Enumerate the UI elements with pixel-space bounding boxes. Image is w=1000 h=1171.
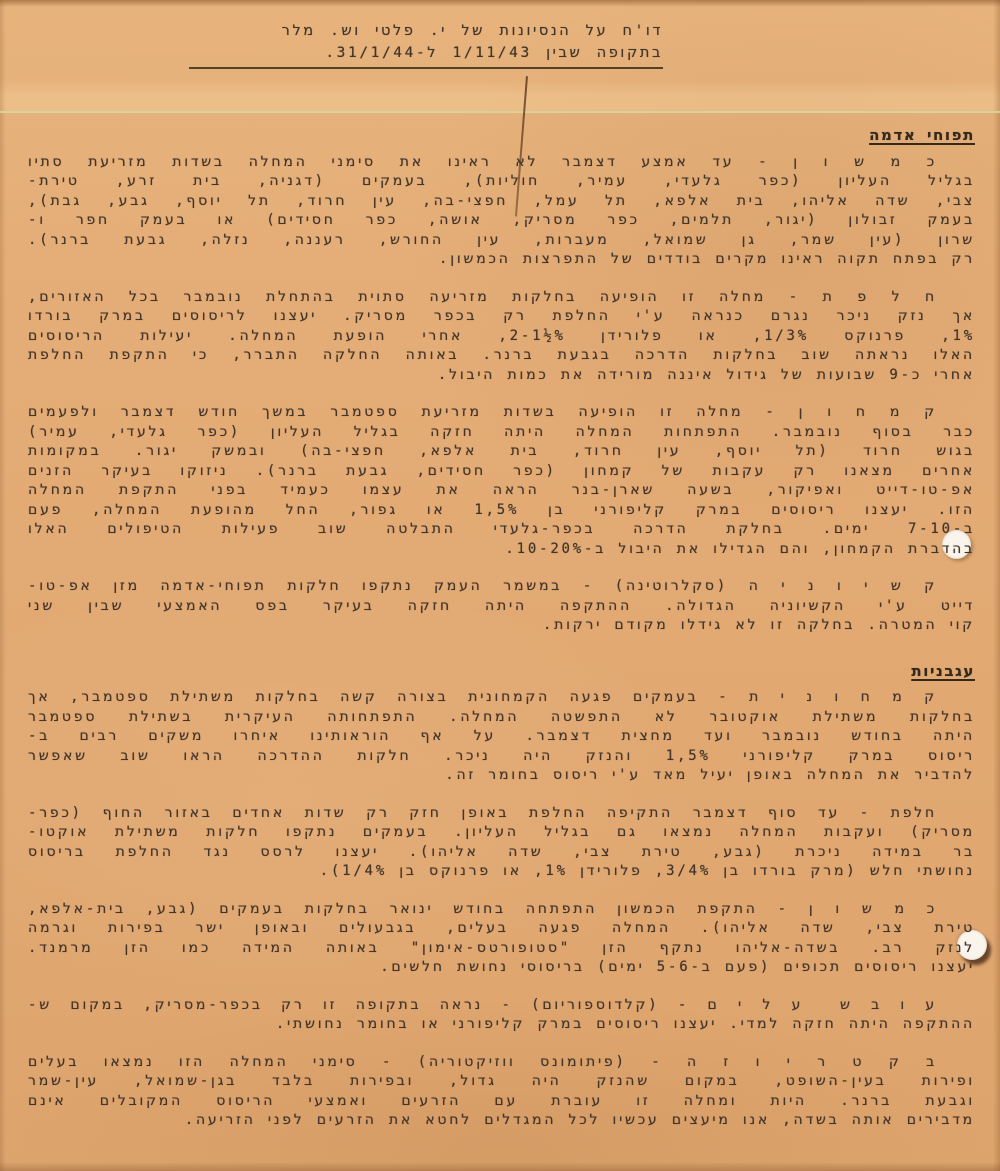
text-line: אפ-טו-דייט ואפיקור, בשעה שארן-בנר הראה א… [28,481,975,501]
text-line: בחלקות משתילת אוקטובר לא התפשטה המחלה. ה… [28,708,975,728]
text-line: רק בפתח תקוה ראינו מקרים בודדים של התפרצ… [28,250,975,270]
text-line: כ מ ש ו ן - עד אמצע דצמבר לא ראינו את סי… [28,153,975,173]
text-line: ק מ ח ו ן - מחלה זו הופיעה בשדות מזריעת … [28,403,975,423]
paragraph: ק מ ח ו נ י ת - בעמקים פגעה הקמחונית בצו… [28,688,975,786]
scanned-document-page: דו'ח על הנסיונות של י. פלטי וש. מלר בתקו… [0,0,1000,1171]
text-line: ההתקפה היתה חזקה למדי. יעצנו ריסוסים במר… [28,1015,975,1035]
text-line: בגליל העליון (כפר גלעדי, עמיר, חוליות), … [28,172,975,192]
section-heading: תפוחי אדמה [28,126,975,146]
text-line: נחושתי חלש (מרק בורדו בן 3/4%, פלורידן 1… [28,862,975,882]
text-line: ח ל פ ת - מחלה זו הופיעה בחלקות מזריעה ס… [28,288,975,308]
text-line: מסריק) ועקבות המחלה נמצאו גם בגליל העליו… [28,823,975,843]
document-header: דו'ח על הנסיונות של י. פלטי וש. מלר בתקו… [189,20,663,69]
text-line: אך נזק ניכר נגרם כנראה ע'י החלפת רק בכפר… [28,307,975,327]
text-line: שרון (עין שמר, גן שמואל, מעברות, עין החו… [28,231,975,251]
text-line: קוי המטרה. בחלקה זו לא גידלו מקודם ירקות… [28,616,975,636]
text-line: להדביר את המחלה באופן יעיל מאד ע'י ריסוס… [28,766,975,786]
text-line: ב ק ט ר י ו ז ה - (פיתומונס ווזיקטוריה) … [28,1053,975,1073]
text-line: אחרים מצאנו רק עקבות של קמחון (כפר חסידי… [28,462,975,482]
paragraph: כ מ ש ו ן - עד אמצע דצמבר לא ראינו את סי… [28,153,975,270]
text-line: 1%, פרנוקס 1/3%, או פלורידן ⁦2-1½%⁩, אחר… [28,327,975,347]
text-line: טירת צבי, שדה אליהו). המחלה פגעה בעלים, … [28,919,975,939]
text-line: יעצנו ריסוסים תכופים (פעם ב-5-6 ימים) בר… [28,958,975,978]
text-line: בר במידה ניכרת (גבע, טירת צבי, שדה אליהו… [28,843,975,863]
document-title: דו'ח על הנסיונות של י. פלטי וש. מלר [189,20,663,42]
paragraph: חלפת - עד סוף דצמבר התקיפה החלפת באופן ח… [28,804,975,882]
text-line: בהדברת הקמחון, והם הגדילו את היבול ב-10-… [28,540,975,560]
section: עגבניותק מ ח ו נ י ת - בעמקים פגעה הקמחו… [28,662,975,1131]
text-line: אחרי כ-9 שבועות של גידול איננה מורידה את… [28,366,975,386]
text-line: כ מ ש ו ן - התקפת הכמשון התפתחה בחודש ינ… [28,900,975,920]
paragraph: ק מ ח ו ן - מחלה זו הופיעה בשדות מזריעת … [28,403,975,559]
text-line: מדבירים אותה בשדה, אנו מיעצים עכשיו לכל … [28,1111,975,1131]
paragraph: כ מ ש ו ן - התקפת הכמשון התפתחה בחודש ינ… [28,900,975,978]
document-body: תפוחי אדמהכ מ ש ו ן - עד אמצע דצמבר לא ר… [28,126,975,1131]
text-line: צבי, שדה אליהו, בית אלפא, תל עמל, חפצי-ב… [28,192,975,212]
paragraph: ב ק ט ר י ו ז ה - (פיתומונס ווזיקטוריה) … [28,1053,975,1131]
text-line: כבר בסוף נובמבר. התפתחות המחלה היתה חזקה… [28,423,975,443]
text-line: ק מ ח ו נ י ת - בעמקים פגעה הקמחונית בצו… [28,688,975,708]
text-line: חלפת - עד סוף דצמבר התקיפה החלפת באופן ח… [28,804,975,824]
text-line: ק ש י ו נ י ה (סקלרוטינה) - במשמר העמק נ… [28,577,975,597]
paragraph: ק ש י ו נ י ה (סקלרוטינה) - במשמר העמק נ… [28,577,975,636]
document-content: דו'ח על הנסיונות של י. פלטי וש. מלר בתקו… [28,0,975,1131]
paragraph: ח ל פ ת - מחלה זו הופיעה בחלקות מזריעה ס… [28,288,975,386]
text-line: ב-7-10 ימים. בחלקת הדרכה בכפר-גלעדי התבל… [28,520,975,540]
text-line: הזו. יעצנו ריסוסים במרק קליפורני בן 1,5%… [28,501,975,521]
text-line: וגבעת ברנר. היות ומחלה זו עוברת עם הזרעי… [28,1092,975,1112]
text-line: לנזק רב. בשדה-אליהו נתקף הזן "סטופורטס-א… [28,939,975,959]
text-line: האלו נראתה שוב בחלקות הדרכה בגבעת ברנר. … [28,346,975,366]
section-heading: עגבניות [28,662,975,682]
text-line: ע ו ב ש ע ל י ם - (קלדוספוריום) - נראה ב… [28,996,975,1016]
text-line: בגוש חרוד (תל יוסף, עין חרוד, בית אלפא, … [28,442,975,462]
paragraph: ע ו ב ש ע ל י ם - (קלדוספוריום) - נראה ב… [28,996,975,1035]
document-subtitle: בתקופה שבין 1/11/43 ל-31/1/44. [189,42,663,69]
section: תפוחי אדמהכ מ ש ו ן - עד אמצע דצמבר לא ר… [28,126,975,636]
text-line: ריסוס במרק קליפורני 1,5% והנזק היה ניכר.… [28,747,975,767]
text-line: בעמק זבולון (יגור, תלמים, כפר מסריק, אוש… [28,211,975,231]
text-line: ופירות בעין-השופט, במקום שהנזק היה גדול,… [28,1072,975,1092]
text-line: היתה בחודש נובמבר ועד מחצית דצמבר. על אף… [28,727,975,747]
text-line: דייט ע'י הקשיוניה הגדולה. ההתקפה היתה חז… [28,597,975,617]
